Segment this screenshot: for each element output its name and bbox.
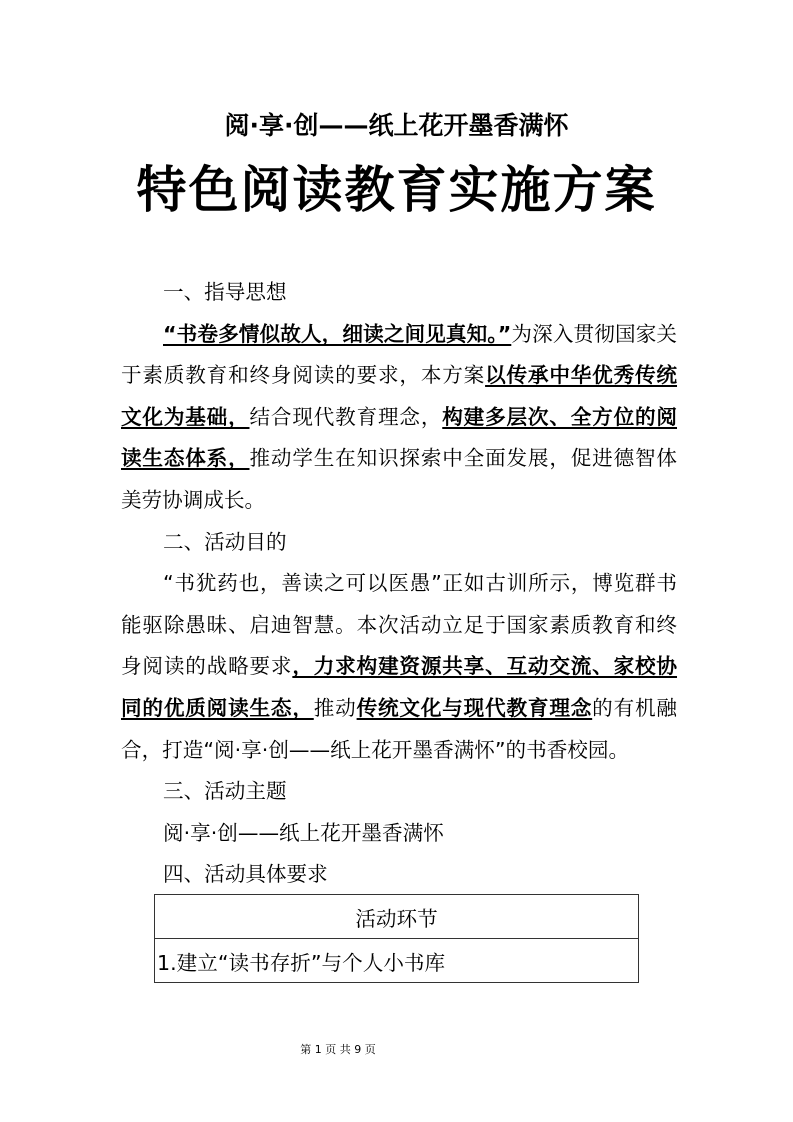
emphasized-text: 传统文化与现代教育理念 (357, 696, 593, 720)
paragraph-guiding-ideology: “书卷多情似故人，细读之间见真知。”为深入贯彻国家关于素质教育和终身阅读的要求，… (121, 314, 677, 522)
paragraph-activity-purpose: “书犹药也，善读之可以医愚”正如古训所示，博览群书能驱除愚昧、启迪智慧。本次活动… (121, 563, 677, 771)
document-title: 特色阅读教育实施方案 (0, 158, 793, 222)
section-heading-activity-purpose: 二、活动目的 (121, 522, 677, 564)
page-number-footer: 第 1 页 共 9 页 (0, 1042, 676, 1058)
section-heading-activity-theme: 三、活动主题 (121, 771, 677, 813)
activity-theme-text: 阅·享·创——纸上花开墨香满怀 (121, 813, 677, 855)
table-header-row: 活动环节 (155, 895, 639, 939)
section-heading-guiding-ideology: 一、指导思想 (121, 272, 677, 314)
table-row: 1.建立“读书存折”与个人小书库 (155, 939, 639, 983)
paragraph-text: 结合现代教育理念， (250, 405, 443, 429)
emphasized-quote: “书卷多情似故人，细读之间见真知。” (163, 322, 511, 346)
activity-requirements-table: 活动环节 1.建立“读书存折”与个人小书库 (154, 894, 639, 983)
document-subtitle: 阅·享·创——纸上花开墨香满怀 (0, 106, 793, 146)
section-heading-activity-requirements: 四、活动具体要求 (121, 854, 677, 896)
document-body: 一、指导思想 “书卷多情似故人，细读之间见真知。”为深入贯彻国家关于素质教育和终… (121, 272, 677, 896)
table-cell: 1.建立“读书存折”与个人小书库 (155, 939, 639, 983)
table-header-cell: 活动环节 (155, 895, 639, 939)
document-page: 阅·享·创——纸上花开墨香满怀 特色阅读教育实施方案 一、指导思想 “书卷多情似… (0, 0, 793, 1122)
paragraph-text: 推动 (314, 696, 357, 720)
